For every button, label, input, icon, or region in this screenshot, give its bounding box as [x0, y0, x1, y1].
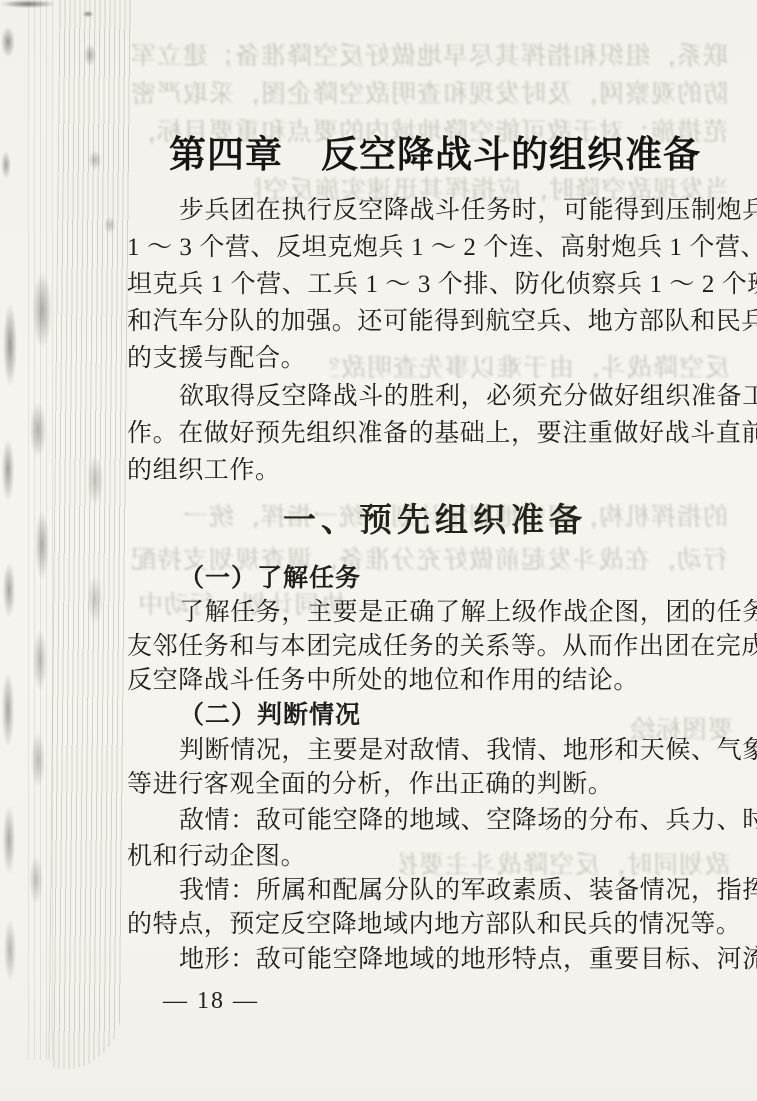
body-line: 了解任务，主要是正确了解上级作战企图，团的任务， — [127, 598, 743, 628]
body-line: 和汽车分队的加强。还可能得到航空兵、地方部队和民兵 — [127, 307, 743, 337]
body-line: 我情：所属和配属分队的军政素质、装备情况，指挥员 — [127, 876, 743, 906]
body-line: 敌情：敌可能空降的地域、空降场的分布、兵力、时 — [127, 806, 743, 836]
body-line: 反空降战斗任务中所处的地位和作用的结论。 — [127, 666, 743, 696]
chapter-title: 第四章 反空降战斗的组织准备 — [127, 124, 743, 178]
body-line: 欲取得反空降战斗的胜利，必须充分做好组织准备工 — [127, 382, 743, 412]
section-heading: 一、预先组织准备 — [127, 494, 743, 541]
body-line: 的支援与配合。 — [127, 344, 743, 374]
subsection-heading: （一）了解任务 — [127, 563, 743, 593]
page-number: — 18 — — [163, 988, 259, 1015]
body-line: 友邻任务和与本团完成任务的关系等。从而作出团在完成 — [127, 632, 743, 662]
body-line: 地形：敌可能空降地域的地形特点，重要目标、河流、 — [127, 945, 743, 975]
body-line: 判断情况，主要是对敌情、我情、地形和天候、气象 — [127, 736, 743, 766]
subsection-heading: （二）判断情况 — [127, 700, 743, 730]
page-content: 第四章 反空降战斗的组织准备 步兵团在执行反空降战斗任务时，可能得到压制炮兵 1… — [127, 0, 743, 1101]
scanned-book-page: 联系，组织和指挥其尽早地做好反空降准备；建立军民联 防的观察网，及时发现和查明敌… — [0, 0, 757, 1101]
body-line: 1 ～ 3 个营、反坦克炮兵 1 ～ 2 个连、高射炮兵 1 个营、 — [127, 233, 743, 263]
body-line: 步兵团在执行反空降战斗任务时，可能得到压制炮兵 — [127, 196, 743, 226]
body-line: 的组织工作。 — [127, 456, 743, 486]
body-line: 等进行客观全面的分析，作出正确的判断。 — [127, 770, 743, 800]
body-line: 作。在做好预先组织准备的基础上，要注重做好战斗直前 — [127, 419, 743, 449]
body-line: 机和行动企图。 — [127, 842, 743, 872]
body-line: 坦克兵 1 个营、工兵 1 ～ 3 个排、防化侦察兵 1 ～ 2 个班 — [127, 270, 743, 300]
body-line: 的特点，预定反空降地域内地方部队和民兵的情况等。 — [127, 910, 743, 940]
